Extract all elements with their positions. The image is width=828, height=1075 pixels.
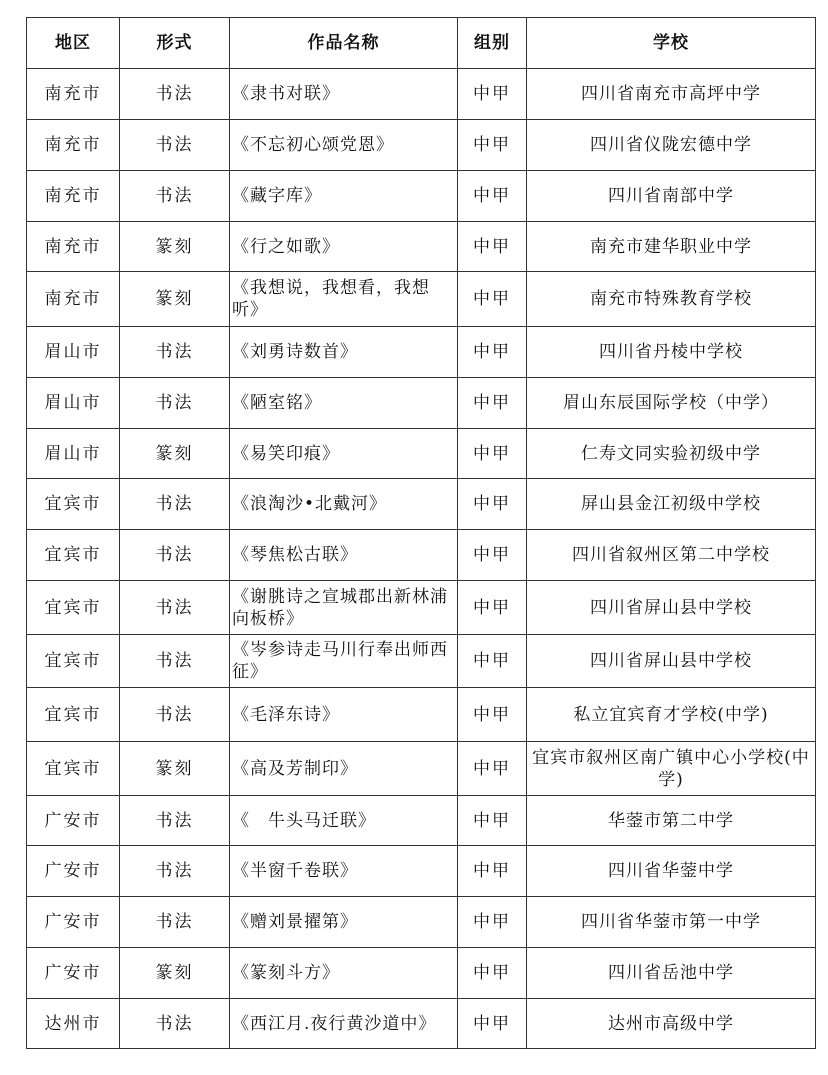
cell-school: 南充市特殊教育学校 (527, 272, 816, 327)
table-row: 宜宾市书法《毛泽东诗》中甲私立宜宾育才学校(中学) (27, 688, 816, 742)
cell-region: 南充市 (27, 120, 120, 171)
cell-form: 书法 (120, 635, 230, 688)
cell-school: 四川省丹棱中学校 (527, 327, 816, 378)
cell-school: 四川省华蓥中学 (527, 846, 816, 897)
cell-group: 中甲 (458, 327, 527, 378)
header-row: 地区 形式 作品名称 组别 学校 (27, 18, 816, 69)
table-row: 宜宾市篆刻《高及芳制印》中甲宜宾市叙州区南广镇中心小学校(中学) (27, 742, 816, 796)
cell-region: 南充市 (27, 222, 120, 272)
table-row: 眉山市书法《陋室铭》中甲眉山东辰国际学校（中学） (27, 378, 816, 429)
cell-form: 书法 (120, 530, 230, 581)
header-group: 组别 (458, 18, 527, 69)
cell-region: 宜宾市 (27, 581, 120, 635)
cell-title: 《陋室铭》 (230, 378, 458, 429)
header-region: 地区 (27, 18, 120, 69)
cell-form: 书法 (120, 999, 230, 1049)
cell-title: 《隶书对联》 (230, 69, 458, 120)
cell-title: 《刘勇诗数首》 (230, 327, 458, 378)
cell-title: 《谢朓诗之宣城郡出新林浦向板桥》 (230, 581, 458, 635)
cell-title: 《西江月.夜行黄沙道中》 (230, 999, 458, 1049)
cell-title: 《篆刻斗方》 (230, 948, 458, 999)
cell-form: 书法 (120, 688, 230, 742)
cell-group: 中甲 (458, 120, 527, 171)
cell-form: 书法 (120, 796, 230, 846)
cell-region: 广安市 (27, 846, 120, 897)
cell-school: 南充市建华职业中学 (527, 222, 816, 272)
cell-title: 《半窗千卷联》 (230, 846, 458, 897)
cell-region: 眉山市 (27, 378, 120, 429)
cell-region: 宜宾市 (27, 530, 120, 581)
cell-group: 中甲 (458, 688, 527, 742)
cell-group: 中甲 (458, 272, 527, 327)
table-row: 宜宾市书法《岑参诗走马川行奉出师西征》中甲四川省屏山县中学校 (27, 635, 816, 688)
cell-form: 书法 (120, 378, 230, 429)
table-row: 南充市篆刻《行之如歌》中甲南充市建华职业中学 (27, 222, 816, 272)
cell-region: 广安市 (27, 948, 120, 999)
header-form: 形式 (120, 18, 230, 69)
cell-form: 篆刻 (120, 948, 230, 999)
cell-group: 中甲 (458, 742, 527, 796)
cell-school: 私立宜宾育才学校(中学) (527, 688, 816, 742)
cell-region: 达州市 (27, 999, 120, 1049)
cell-title: 《琴焦松古联》 (230, 530, 458, 581)
cell-group: 中甲 (458, 530, 527, 581)
cell-region: 广安市 (27, 796, 120, 846)
cell-school: 四川省仪陇宏德中学 (527, 120, 816, 171)
cell-group: 中甲 (458, 69, 527, 120)
cell-title: 《藏字库》 (230, 171, 458, 222)
cell-title: 《我想说，我想看，我想听》 (230, 272, 458, 327)
cell-school: 四川省屏山县中学校 (527, 635, 816, 688)
cell-school: 四川省南部中学 (527, 171, 816, 222)
cell-region: 眉山市 (27, 327, 120, 378)
cell-form: 书法 (120, 846, 230, 897)
cell-group: 中甲 (458, 378, 527, 429)
cell-title: 《不忘初心颂党恩》 (230, 120, 458, 171)
cell-form: 篆刻 (120, 429, 230, 479)
cell-school: 四川省叙州区第二中学校 (527, 530, 816, 581)
header-school: 学校 (527, 18, 816, 69)
awards-table: 地区 形式 作品名称 组别 学校 南充市书法《隶书对联》中甲四川省南充市高坪中学… (26, 17, 816, 1049)
table-body: 南充市书法《隶书对联》中甲四川省南充市高坪中学南充市书法《不忘初心颂党恩》中甲四… (27, 69, 816, 1049)
table-row: 南充市篆刻《我想说，我想看，我想听》中甲南充市特殊教育学校 (27, 272, 816, 327)
header-title: 作品名称 (230, 18, 458, 69)
cell-form: 书法 (120, 581, 230, 635)
cell-region: 宜宾市 (27, 688, 120, 742)
cell-group: 中甲 (458, 171, 527, 222)
cell-title: 《行之如歌》 (230, 222, 458, 272)
cell-region: 南充市 (27, 69, 120, 120)
table-row: 宜宾市书法《琴焦松古联》中甲四川省叙州区第二中学校 (27, 530, 816, 581)
cell-school: 宜宾市叙州区南广镇中心小学校(中学) (527, 742, 816, 796)
cell-form: 书法 (120, 897, 230, 948)
table-row: 宜宾市书法《浪淘沙•北戴河》中甲屏山县金江初级中学校 (27, 479, 816, 530)
cell-region: 宜宾市 (27, 742, 120, 796)
cell-title: 《易笑印痕》 (230, 429, 458, 479)
cell-title: 《毛泽东诗》 (230, 688, 458, 742)
cell-title: 《赠刘景擢第》 (230, 897, 458, 948)
cell-school: 四川省南充市高坪中学 (527, 69, 816, 120)
cell-title: 《岑参诗走马川行奉出师西征》 (230, 635, 458, 688)
table-row: 广安市书法《 牛头马迁联》中甲华蓥市第二中学 (27, 796, 816, 846)
cell-school: 达州市高级中学 (527, 999, 816, 1049)
table-row: 广安市书法《半窗千卷联》中甲四川省华蓥中学 (27, 846, 816, 897)
cell-group: 中甲 (458, 479, 527, 530)
cell-group: 中甲 (458, 999, 527, 1049)
cell-school: 四川省华蓥市第一中学 (527, 897, 816, 948)
table-row: 宜宾市书法《谢朓诗之宣城郡出新林浦向板桥》中甲四川省屏山县中学校 (27, 581, 816, 635)
table-row: 南充市书法《藏字库》中甲四川省南部中学 (27, 171, 816, 222)
cell-title: 《 牛头马迁联》 (230, 796, 458, 846)
cell-form: 书法 (120, 327, 230, 378)
cell-form: 书法 (120, 479, 230, 530)
cell-region: 眉山市 (27, 429, 120, 479)
cell-school: 仁寿文同实验初级中学 (527, 429, 816, 479)
cell-school: 眉山东辰国际学校（中学） (527, 378, 816, 429)
cell-form: 书法 (120, 171, 230, 222)
cell-school: 四川省岳池中学 (527, 948, 816, 999)
cell-school: 四川省屏山县中学校 (527, 581, 816, 635)
cell-region: 南充市 (27, 272, 120, 327)
cell-title: 《浪淘沙•北戴河》 (230, 479, 458, 530)
table-row: 广安市书法《赠刘景擢第》中甲四川省华蓥市第一中学 (27, 897, 816, 948)
cell-form: 书法 (120, 69, 230, 120)
cell-school: 屏山县金江初级中学校 (527, 479, 816, 530)
table-row: 眉山市篆刻《易笑印痕》中甲仁寿文同实验初级中学 (27, 429, 816, 479)
cell-form: 书法 (120, 120, 230, 171)
cell-region: 宜宾市 (27, 479, 120, 530)
cell-form: 篆刻 (120, 222, 230, 272)
cell-group: 中甲 (458, 222, 527, 272)
cell-region: 广安市 (27, 897, 120, 948)
cell-group: 中甲 (458, 796, 527, 846)
cell-group: 中甲 (458, 897, 527, 948)
cell-form: 篆刻 (120, 272, 230, 327)
cell-region: 南充市 (27, 171, 120, 222)
cell-form: 篆刻 (120, 742, 230, 796)
cell-group: 中甲 (458, 948, 527, 999)
table-row: 眉山市书法《刘勇诗数首》中甲四川省丹棱中学校 (27, 327, 816, 378)
table-row: 广安市篆刻《篆刻斗方》中甲四川省岳池中学 (27, 948, 816, 999)
cell-school: 华蓥市第二中学 (527, 796, 816, 846)
cell-group: 中甲 (458, 846, 527, 897)
cell-title: 《高及芳制印》 (230, 742, 458, 796)
cell-group: 中甲 (458, 429, 527, 479)
table-row: 南充市书法《隶书对联》中甲四川省南充市高坪中学 (27, 69, 816, 120)
table-row: 达州市书法《西江月.夜行黄沙道中》中甲达州市高级中学 (27, 999, 816, 1049)
cell-region: 宜宾市 (27, 635, 120, 688)
table-row: 南充市书法《不忘初心颂党恩》中甲四川省仪陇宏德中学 (27, 120, 816, 171)
cell-group: 中甲 (458, 635, 527, 688)
cell-group: 中甲 (458, 581, 527, 635)
